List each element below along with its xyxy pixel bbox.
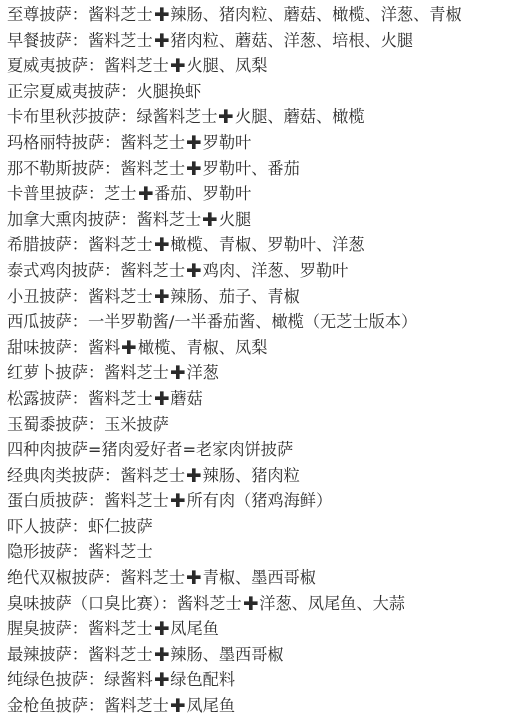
toppings: 辣肠、猪肉粒、蘑菇、橄榄、洋葱、青椒 xyxy=(170,5,461,24)
pizza-name: 泰式鸡肉披萨 xyxy=(7,261,104,280)
separator: ： xyxy=(120,107,136,126)
separator: ： xyxy=(161,594,177,613)
separator: ： xyxy=(72,619,88,638)
toppings: 青椒、墨西哥椒 xyxy=(203,568,316,587)
separator: ： xyxy=(72,389,88,408)
pizza-name: 早餐披萨 xyxy=(7,31,72,50)
pizza-line: 吓人披萨：虾仁披萨 xyxy=(7,514,531,540)
base-ingredients: 酱料芝士 xyxy=(120,466,185,485)
toppings: 鸡肉、洋葱、罗勒叶 xyxy=(203,261,349,280)
toppings: 罗勒叶、番茄 xyxy=(203,159,300,178)
base-ingredients: 酱料芝士 xyxy=(120,568,185,587)
pizza-line: 早餐披萨：酱料芝士✚猪肉粒、蘑菇、洋葱、培根、火腿 xyxy=(7,28,531,54)
pizza-name: 臭味披萨（口臭比赛） xyxy=(7,594,161,613)
pizza-name: 绝代双椒披萨 xyxy=(7,568,104,587)
pizza-line: 红萝卜披萨：酱料芝士✚洋葱 xyxy=(7,360,531,386)
pizza-line: 卡布里秋莎披萨：绿酱料芝士✚火腿、蘑菇、橄榄 xyxy=(7,104,531,130)
pizza-name: 正宗夏威夷披萨 xyxy=(7,82,120,101)
pizza-line: 甜味披萨：酱料✚橄榄、青椒、凤梨 xyxy=(7,335,531,361)
pizza-name: 甜味披萨 xyxy=(7,338,72,357)
base-ingredients: 酱料芝士 xyxy=(120,261,185,280)
separator: ： xyxy=(120,82,136,101)
base-ingredients: 酱料芝士 xyxy=(88,619,153,638)
plus-icon: ✚ xyxy=(137,181,153,207)
plus-icon: ✚ xyxy=(154,642,170,668)
toppings: 火腿、凤梨 xyxy=(186,56,267,75)
pizza-line: 纯绿色披萨：绿酱料✚绿色配料 xyxy=(7,667,531,693)
pizza-name: 松露披萨 xyxy=(7,389,72,408)
pizza-name: 隐形披萨 xyxy=(7,542,72,561)
plus-icon: ✚ xyxy=(170,360,186,386)
base-ingredients: 酱料芝士 xyxy=(120,159,185,178)
pizza-line: 夏威夷披萨：酱料芝士✚火腿、凤梨 xyxy=(7,53,531,79)
separator: ： xyxy=(72,31,88,50)
pizza-name: 那不勒斯披萨 xyxy=(7,159,104,178)
plus-icon: ✚ xyxy=(186,463,202,489)
separator: ： xyxy=(104,466,120,485)
toppings: 火腿、蘑菇、橄榄 xyxy=(235,107,365,126)
base-ingredients: 酱料 xyxy=(88,338,120,357)
separator: ： xyxy=(88,56,104,75)
toppings: 橄榄、青椒、罗勒叶、洋葱 xyxy=(170,235,364,254)
pizza-name: 腥臭披萨 xyxy=(7,619,72,638)
pizza-line: 至尊披萨：酱料芝士✚辣肠、猪肉粒、蘑菇、橄榄、洋葱、青椒 xyxy=(7,2,531,28)
base-ingredients: 酱料芝士 xyxy=(120,133,185,152)
plus-icon: ✚ xyxy=(154,386,170,412)
toppings: 凤尾鱼 xyxy=(186,696,235,715)
pizza-name: 金枪鱼披萨 xyxy=(7,696,88,715)
pizza-name: 西瓜披萨 xyxy=(7,312,72,331)
base-ingredients: 酱料芝士 xyxy=(88,31,153,50)
toppings: 橄榄、青椒、凤梨 xyxy=(138,338,268,357)
separator: ： xyxy=(88,415,104,434)
separator: ： xyxy=(72,5,88,24)
pizza-name: 四种肉披萨=猪肉爱好者=老家肉饼披萨 xyxy=(7,440,293,459)
toppings: 火腿 xyxy=(219,210,251,229)
separator: ： xyxy=(72,235,88,254)
separator: ： xyxy=(72,338,88,357)
pizza-name: 纯绿色披萨 xyxy=(7,670,88,689)
pizza-line: 正宗夏威夷披萨：火腿换虾 xyxy=(7,79,531,105)
separator: ： xyxy=(72,287,88,306)
separator: ： xyxy=(72,517,88,536)
base-ingredients: 酱料芝士 xyxy=(88,235,153,254)
base-ingredients: 酱料芝士 xyxy=(137,210,202,229)
plus-icon: ✚ xyxy=(170,488,186,514)
toppings: 洋葱、凤尾鱼、大蒜 xyxy=(259,594,405,613)
pizza-name: 加拿大熏肉披萨 xyxy=(7,210,120,229)
pizza-line: 绝代双椒披萨：酱料芝士✚青椒、墨西哥椒 xyxy=(7,565,531,591)
plus-icon: ✚ xyxy=(218,104,234,130)
plus-icon: ✚ xyxy=(202,207,218,233)
pizza-line: 玉蜀黍披萨：玉米披萨 xyxy=(7,412,531,438)
pizza-line: 腥臭披萨：酱料芝士✚凤尾鱼 xyxy=(7,616,531,642)
base-ingredients: 酱料芝士 xyxy=(88,389,153,408)
pizza-line: 泰式鸡肉披萨：酱料芝士✚鸡肉、洋葱、罗勒叶 xyxy=(7,258,531,284)
toppings: 绿色配料 xyxy=(170,670,235,689)
pizza-name: 小丑披萨 xyxy=(7,287,72,306)
plus-icon: ✚ xyxy=(154,232,170,258)
toppings: 凤尾鱼 xyxy=(170,619,219,638)
base-ingredients: 酱料芝士 xyxy=(88,287,153,306)
pizza-line: 隐形披萨：酱料芝士 xyxy=(7,539,531,565)
plus-icon: ✚ xyxy=(186,130,202,156)
toppings: 辣肠、猪肉粒 xyxy=(203,466,300,485)
base-ingredients: 一半罗勒酱/一半番茄酱、橄榄（无芝士版本） xyxy=(88,312,417,331)
plus-icon: ✚ xyxy=(154,2,170,28)
pizza-line: 最辣披萨：酱料芝士✚辣肠、墨西哥椒 xyxy=(7,642,531,668)
base-ingredients: 芝士 xyxy=(104,184,136,203)
separator: ： xyxy=(72,542,88,561)
pizza-name: 至尊披萨 xyxy=(7,5,72,24)
toppings: 猪肉粒、蘑菇、洋葱、培根、火腿 xyxy=(170,31,413,50)
plus-icon: ✚ xyxy=(243,591,259,617)
pizza-line: 金枪鱼披萨：酱料芝士✚凤尾鱼 xyxy=(7,693,531,719)
separator: ： xyxy=(88,696,104,715)
base-ingredients: 酱料芝士 xyxy=(104,491,169,510)
toppings: 辣肠、茄子、青椒 xyxy=(170,287,300,306)
base-ingredients: 酱料芝士 xyxy=(104,696,169,715)
base-ingredients: 酱料芝士 xyxy=(88,645,153,664)
pizza-name: 红萝卜披萨 xyxy=(7,363,88,382)
pizza-name: 经典肉类披萨 xyxy=(7,466,104,485)
separator: ： xyxy=(104,261,120,280)
base-ingredients: 虾仁披萨 xyxy=(88,517,153,536)
plus-icon: ✚ xyxy=(154,616,170,642)
pizza-line: 希腊披萨：酱料芝士✚橄榄、青椒、罗勒叶、洋葱 xyxy=(7,232,531,258)
base-ingredients: 酱料芝士 xyxy=(88,542,153,561)
separator: ： xyxy=(104,133,120,152)
toppings: 辣肠、墨西哥椒 xyxy=(170,645,283,664)
plus-icon: ✚ xyxy=(154,667,170,693)
base-ingredients: 火腿换虾 xyxy=(137,82,202,101)
plus-icon: ✚ xyxy=(170,53,186,79)
pizza-line: 四种肉披萨=猪肉爱好者=老家肉饼披萨 xyxy=(7,437,531,463)
pizza-line: 松露披萨：酱料芝士✚蘑菇 xyxy=(7,386,531,412)
pizza-name: 卡布里秋莎披萨 xyxy=(7,107,120,126)
base-ingredients: 酱料芝士 xyxy=(177,594,242,613)
separator: ： xyxy=(88,363,104,382)
separator: ： xyxy=(104,568,120,587)
base-ingredients: 酱料芝士 xyxy=(104,363,169,382)
base-ingredients: 绿酱料 xyxy=(104,670,153,689)
pizza-name: 玉蜀黍披萨 xyxy=(7,415,88,434)
toppings: 蘑菇 xyxy=(170,389,202,408)
toppings: 洋葱 xyxy=(186,363,218,382)
toppings: 番茄、罗勒叶 xyxy=(154,184,251,203)
separator: ： xyxy=(88,670,104,689)
pizza-recipe-list: 至尊披萨：酱料芝士✚辣肠、猪肉粒、蘑菇、橄榄、洋葱、青椒 早餐披萨：酱料芝士✚猪… xyxy=(0,0,531,719)
plus-icon: ✚ xyxy=(186,565,202,591)
plus-icon: ✚ xyxy=(170,693,186,719)
pizza-line: 臭味披萨（口臭比赛）：酱料芝士✚洋葱、凤尾鱼、大蒜 xyxy=(7,591,531,617)
plus-icon: ✚ xyxy=(186,258,202,284)
pizza-line: 卡普里披萨：芝士✚番茄、罗勒叶 xyxy=(7,181,531,207)
separator: ： xyxy=(88,184,104,203)
separator: ： xyxy=(104,159,120,178)
pizza-name: 卡普里披萨 xyxy=(7,184,88,203)
base-ingredients: 酱料芝士 xyxy=(88,5,153,24)
plus-icon: ✚ xyxy=(154,28,170,54)
pizza-name: 吓人披萨 xyxy=(7,517,72,536)
pizza-name: 蛋白质披萨 xyxy=(7,491,88,510)
separator: ： xyxy=(88,491,104,510)
separator: ： xyxy=(72,312,88,331)
base-ingredients: 玉米披萨 xyxy=(104,415,169,434)
toppings: 罗勒叶 xyxy=(203,133,252,152)
separator: ： xyxy=(72,645,88,664)
pizza-line: 经典肉类披萨：酱料芝士✚辣肠、猪肉粒 xyxy=(7,463,531,489)
plus-icon: ✚ xyxy=(186,156,202,182)
pizza-name: 最辣披萨 xyxy=(7,645,72,664)
pizza-line: 小丑披萨：酱料芝士✚辣肠、茄子、青椒 xyxy=(7,284,531,310)
pizza-line: 加拿大熏肉披萨：酱料芝士✚火腿 xyxy=(7,207,531,233)
separator: ： xyxy=(120,210,136,229)
pizza-name: 夏威夷披萨 xyxy=(7,56,88,75)
pizza-line: 玛格丽特披萨：酱料芝士✚罗勒叶 xyxy=(7,130,531,156)
pizza-name: 希腊披萨 xyxy=(7,235,72,254)
base-ingredients: 绿酱料芝士 xyxy=(137,107,218,126)
plus-icon: ✚ xyxy=(121,335,137,361)
pizza-line: 蛋白质披萨：酱料芝士✚所有肉（猪鸡海鲜） xyxy=(7,488,531,514)
toppings: 所有肉（猪鸡海鲜） xyxy=(186,491,332,510)
pizza-line: 西瓜披萨：一半罗勒酱/一半番茄酱、橄榄（无芝士版本） xyxy=(7,309,531,335)
base-ingredients: 酱料芝士 xyxy=(104,56,169,75)
plus-icon: ✚ xyxy=(154,284,170,310)
pizza-line: 那不勒斯披萨：酱料芝士✚罗勒叶、番茄 xyxy=(7,156,531,182)
pizza-name: 玛格丽特披萨 xyxy=(7,133,104,152)
